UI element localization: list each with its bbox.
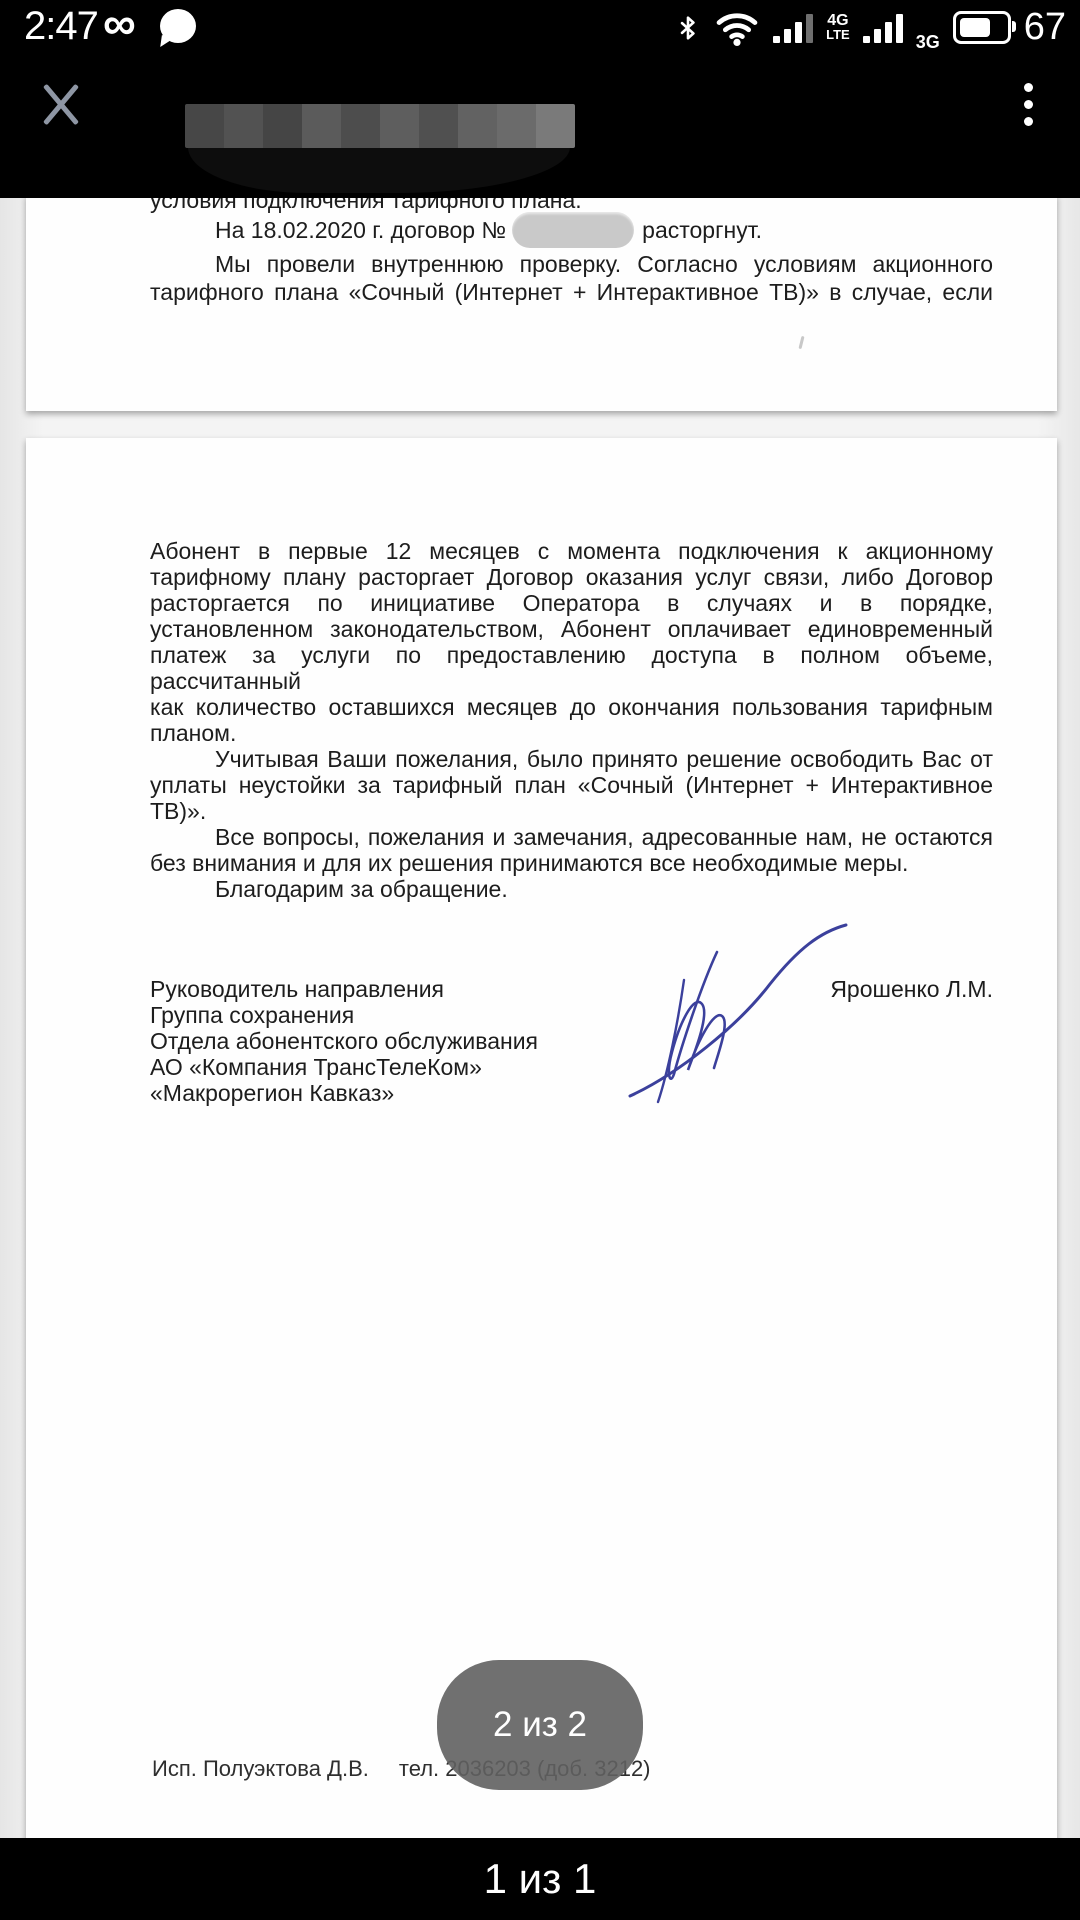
document-page-2: Абонент в первые 12 месяцев с момента по… [26, 438, 1057, 1838]
executor-name: Исп. Полуэктова Д.В. [152, 1756, 369, 1781]
pager-label: 1 из 1 [484, 1855, 597, 1903]
document-line: Учитывая Ваши пожелания, было принято ре… [150, 746, 993, 772]
close-button[interactable] [38, 81, 84, 127]
overflow-menu-button[interactable] [1016, 79, 1040, 131]
signal-bars-3g-icon [863, 13, 903, 43]
network-type-3g: 3G [916, 32, 940, 53]
redacted-document-title [185, 104, 575, 148]
battery-percent: 67 [1024, 6, 1066, 49]
document-line: уплаты неустойки за тарифный план «Сочны… [150, 772, 993, 798]
bluetooth-icon [675, 10, 701, 46]
signature-block: Руководитель направленияГруппа сохранени… [150, 976, 993, 1106]
document-line: как количество оставшихся месяцев до око… [150, 694, 993, 720]
document-line: Абонент в первые 12 месяцев с момента по… [150, 538, 993, 564]
document-line: расторгается по инициативе Оператора в с… [150, 590, 993, 616]
page-indicator-toast: 2 из 2 [437, 1660, 643, 1790]
page1-text: условия подключения тарифного плана.На 1… [150, 198, 993, 306]
document-line: ТВ)». [150, 798, 993, 824]
page-indicator-label: 2 из 2 [493, 1705, 587, 1745]
redacted-title-smear [188, 147, 570, 193]
document-line: Благодарим за обращение. [150, 876, 993, 902]
infinity-icon: ∞ [103, 0, 136, 50]
signature-title-line: «Макрорегион Кавказ» [150, 1080, 993, 1106]
signature-title-line: Отдела абонентского обслуживания [150, 1028, 993, 1054]
app-header [0, 55, 1080, 198]
document-scroll-area[interactable]: условия подключения тарифного плана.На 1… [0, 198, 1080, 1838]
signal-bars-lte-icon [773, 13, 813, 43]
network-type-lte: 4G LTE [826, 14, 850, 42]
signature-title-line: АО «Компания ТрансТелеКом» [150, 1054, 993, 1080]
document-line: Все вопросы, пожелания и замечания, адре… [150, 824, 993, 850]
document-line: Мы провели внутреннюю проверку. Согласно… [150, 250, 993, 278]
wifi-icon [714, 10, 760, 46]
document-line: тарифного плана «Сочный (Интернет + Инте… [150, 278, 993, 306]
document-line: установленном законодательством, Абонент… [150, 616, 993, 642]
document-line: планом. [150, 720, 993, 746]
document-line: тарифному плану расторгает Договор оказа… [150, 564, 993, 590]
document-page-1: условия подключения тарифного плана.На 1… [26, 198, 1057, 411]
document-line: без внимания и для их решения принимаютс… [150, 850, 993, 876]
status-bar: 2:47 ∞ 4G LTE 3G 6 [0, 0, 1080, 55]
signature-title-line: Группа сохранения [150, 1002, 993, 1028]
document-line: платеж за услуги по предоставлению досту… [150, 642, 993, 694]
phone-screen: 2:47 ∞ 4G LTE 3G 6 [0, 0, 1080, 1920]
bottom-pager-bar: 1 из 1 [0, 1838, 1080, 1920]
signatory-name: Ярошенко Л.М. [830, 976, 993, 1002]
page2-text: Абонент в первые 12 месяцев с момента по… [150, 538, 993, 902]
battery-icon [953, 11, 1011, 44]
document-line: На 18.02.2020 г. договор №расторгнут. [150, 214, 993, 250]
redacted-contract-number [512, 212, 634, 248]
clock: 2:47 [24, 4, 98, 49]
chat-bubble-icon [160, 9, 196, 43]
scan-artifact [798, 336, 804, 349]
